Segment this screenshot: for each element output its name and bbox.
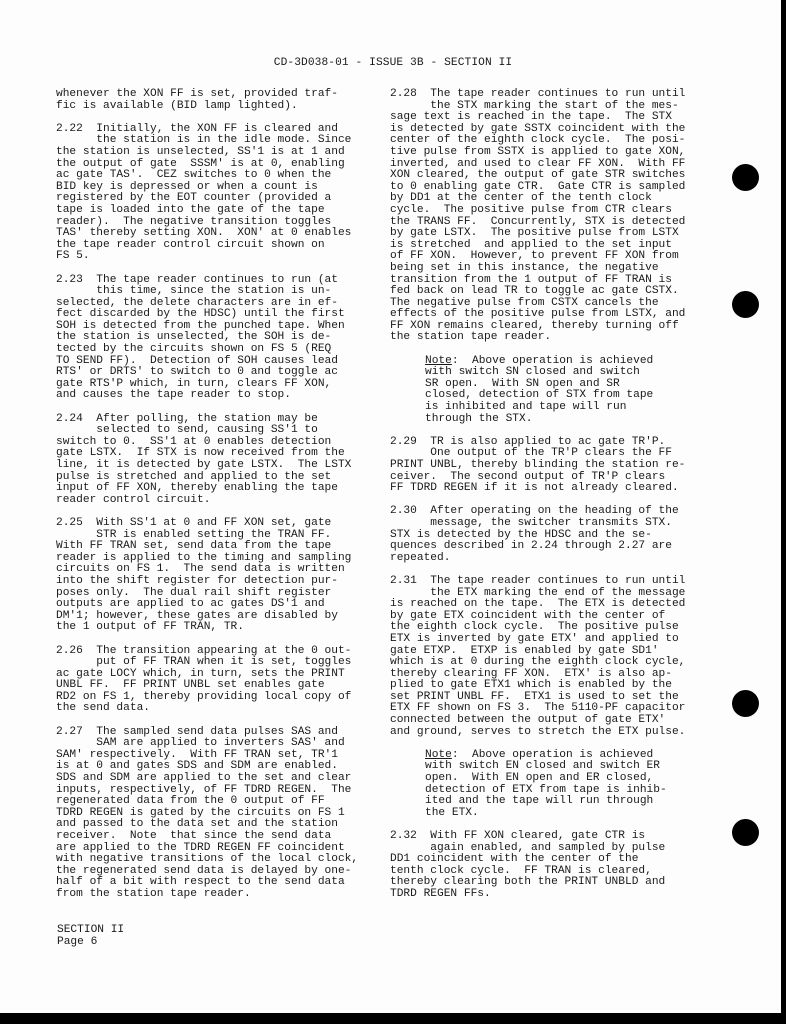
binder-hole-icon — [732, 690, 759, 717]
binder-hole-icon — [732, 291, 759, 318]
note-paragraph: Note: Above operation is achievedwith sw… — [425, 356, 685, 426]
paragraph-2-32: 2.32 With FF XON cleared, gate CTR is ag… — [390, 831, 685, 901]
right-column: 2.28 The tape reader continues to run un… — [390, 89, 685, 912]
footer-page-number: Page 6 — [57, 937, 124, 949]
binder-hole-icon — [732, 819, 759, 846]
footer-section: SECTION II — [57, 925, 124, 937]
paragraph-2-24: 2.24 After polling, the station may be s… — [56, 414, 358, 507]
paragraph-2-28: 2.28 The tape reader continues to run un… — [390, 89, 685, 344]
paragraph-2-27: 2.27 The sampled send data pulses SAS an… — [56, 727, 358, 901]
paragraph-2-23: 2.23 The tape reader continues to run (a… — [56, 275, 358, 403]
left-column: whenever the XON FF is set, provided tra… — [56, 89, 358, 912]
page-header: CD-3D038-01 - ISSUE 3B - SECTION II — [0, 57, 786, 69]
paragraph-cont: whenever the XON FF is set, provided tra… — [56, 89, 358, 112]
document-page: CD-3D038-01 - ISSUE 3B - SECTION II when… — [0, 0, 781, 1013]
paragraph-2-22: 2.22 Initially, the XON FF is cleared an… — [56, 124, 358, 263]
paragraph-2-29: 2.29 TR is also applied to ac gate TR'P.… — [390, 437, 685, 495]
note-paragraph: Note: Above operation is achievedwith sw… — [425, 750, 685, 820]
paragraph-2-26: 2.26 The transition appearing at the 0 o… — [56, 646, 358, 716]
note-label: Note — [425, 749, 452, 761]
paragraph-2-25: 2.25 With SS'1 at 0 and FF XON set, gate… — [56, 518, 358, 634]
page-footer: SECTION II Page 6 — [57, 925, 124, 948]
paragraph-2-31: 2.31 The tape reader continues to run un… — [390, 576, 685, 738]
note-label: Note — [425, 355, 452, 367]
binder-hole-icon — [732, 164, 759, 191]
paragraph-2-30: 2.30 After operating on the heading of t… — [390, 506, 685, 564]
